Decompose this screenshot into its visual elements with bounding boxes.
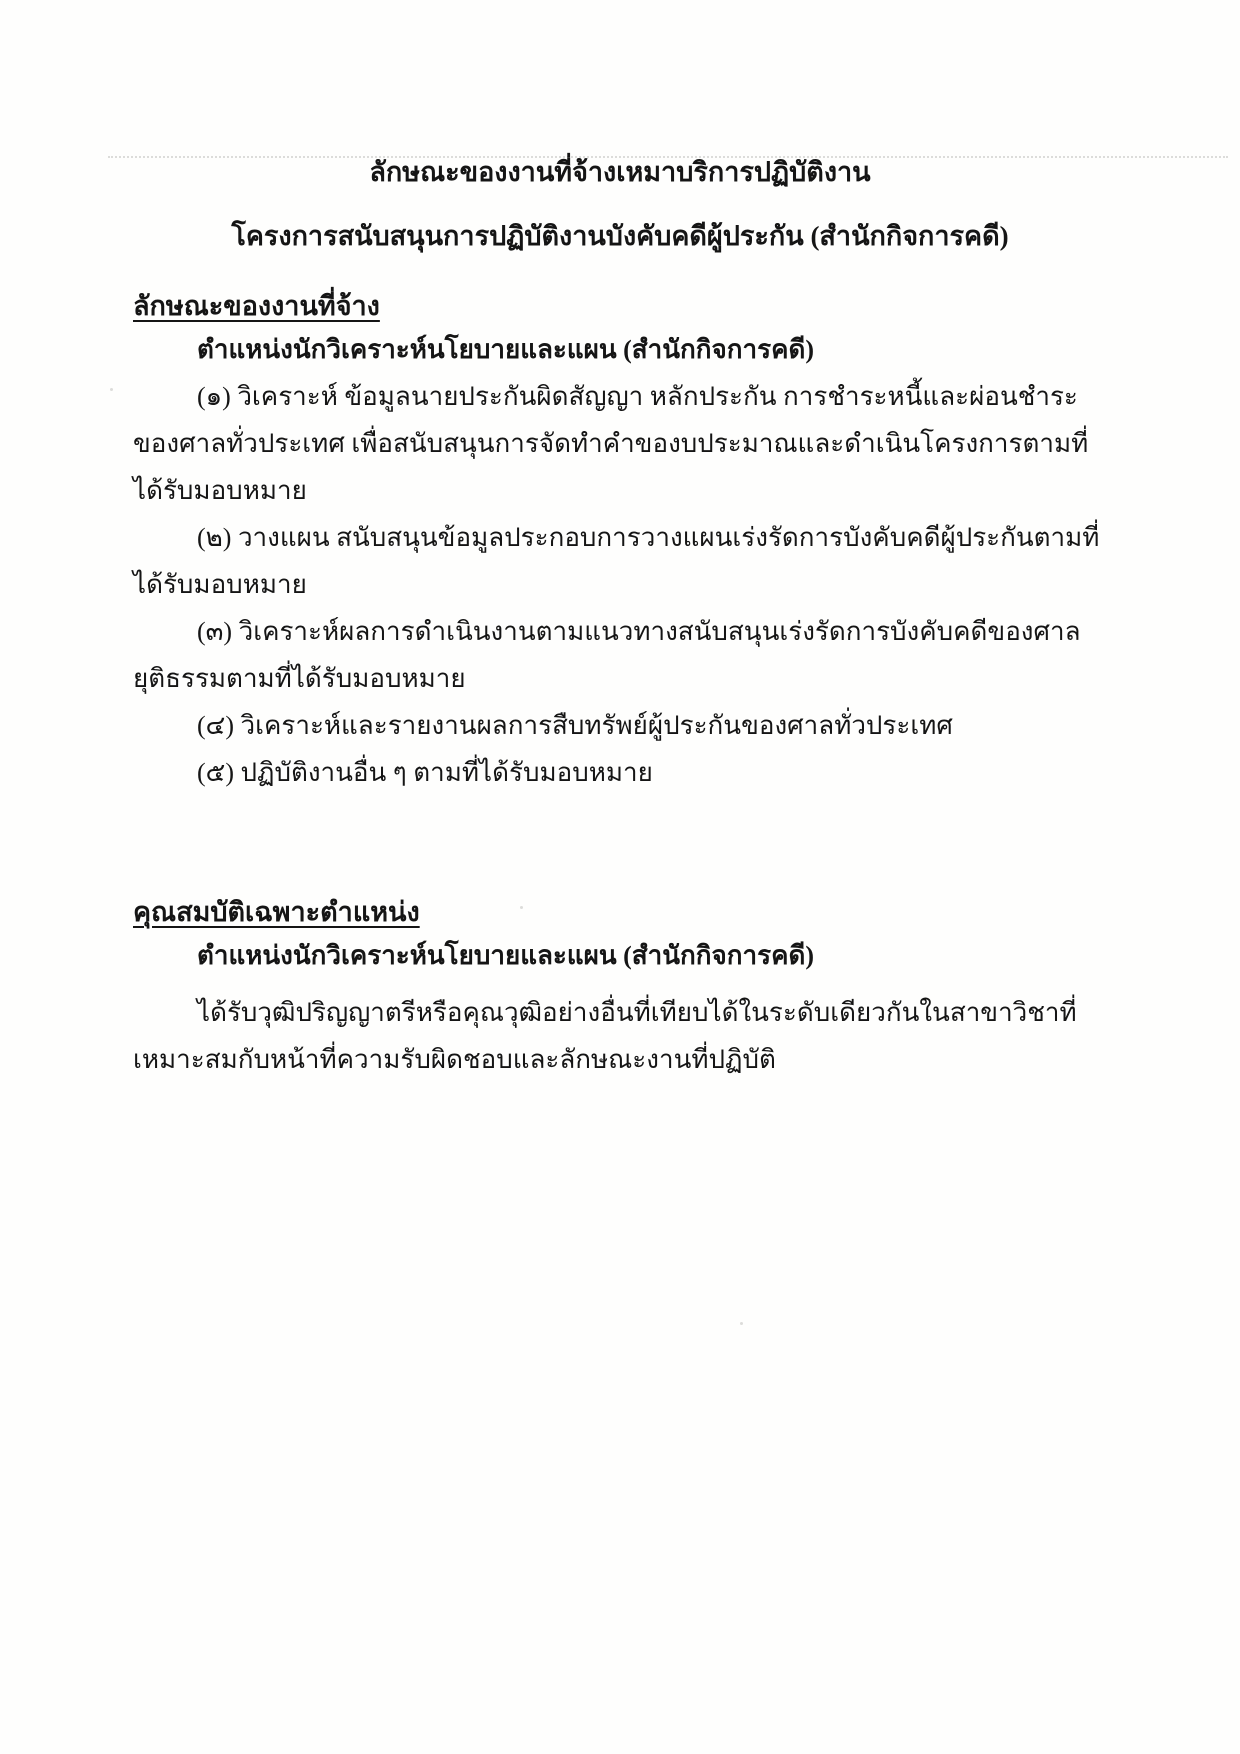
section-qualifications: คุณสมบัติเฉพาะตำแหน่ง ตำแหน่งนักวิเคราะห… — [133, 892, 1107, 1083]
duty-item-2: (๒) วางแผน สนับสนุนข้อมูลประกอบการวางแผน… — [133, 514, 1107, 608]
duty-item-5: (๕) ปฏิบัติงานอื่น ๆ ตามที่ได้รับมอบหมาย — [133, 749, 1107, 796]
qualifications-position-title: ตำแหน่งนักวิเคราะห์นโยบายและแผน (สำนักกิ… — [133, 932, 1107, 979]
document-content: ลักษณะของงานที่จ้างเหมาบริการปฏิบัติงาน … — [133, 0, 1107, 1083]
scan-noise-speck — [110, 388, 113, 391]
duty-item-1: (๑) วิเคราะห์ ข้อมูลนายประกันผิดสัญญา หล… — [133, 373, 1107, 514]
job-description-position-title: ตำแหน่งนักวิเคราะห์นโยบายและแผน (สำนักกิ… — [133, 326, 1107, 373]
document-title-line2: โครงการสนับสนุนการปฏิบัติงานบังคับคดีผู้… — [133, 216, 1107, 256]
qualifications-heading: คุณสมบัติเฉพาะตำแหน่ง — [133, 892, 1107, 932]
section-job-description: ลักษณะของงานที่จ้าง ตำแหน่งนักวิเคราะห์น… — [133, 286, 1107, 796]
document-title-line1: ลักษณะของงานที่จ้างเหมาบริการปฏิบัติงาน — [133, 152, 1107, 192]
scanned-document-page: ลักษณะของงานที่จ้างเหมาบริการปฏิบัติงาน … — [0, 0, 1240, 1754]
qualifications-paragraph: ได้รับวุฒิปริญญาตรีหรือคุณวุฒิอย่างอื่นท… — [133, 989, 1107, 1083]
duty-item-4: (๔) วิเคราะห์และรายงานผลการสืบทรัพย์ผู้ป… — [133, 702, 1107, 749]
scan-noise-speck — [740, 1322, 743, 1325]
job-description-heading: ลักษณะของงานที่จ้าง — [133, 286, 1107, 326]
duty-item-3: (๓) วิเคราะห์ผลการดำเนินงานตามแนวทางสนับ… — [133, 608, 1107, 702]
